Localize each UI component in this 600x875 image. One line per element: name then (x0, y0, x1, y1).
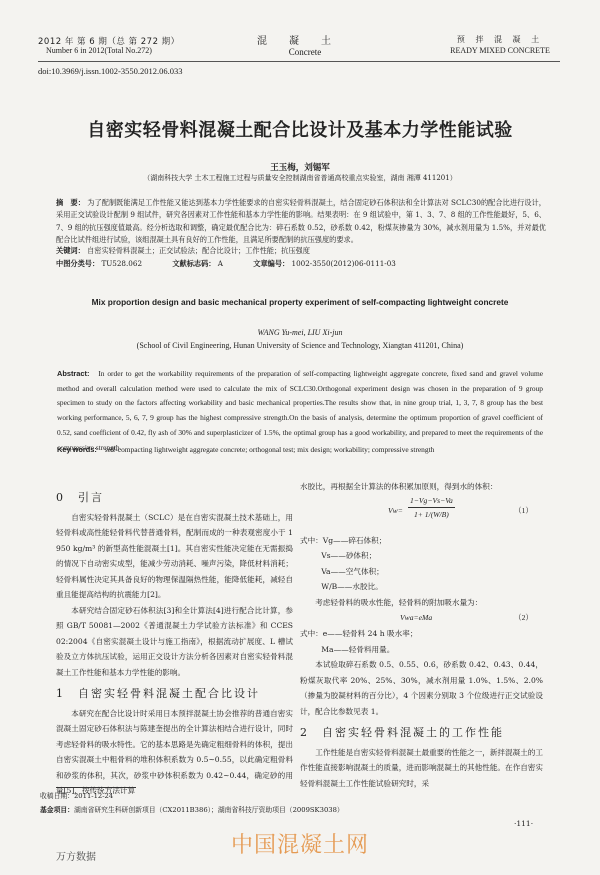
section-number: 0 (56, 490, 78, 506)
eq1-numerator: 1−Vg−Vs−Va (408, 495, 455, 508)
paragraph: 本试验取碎石系数 0.5、0.55、0.6，砂系数 0.42、0.43、0.44… (300, 657, 543, 719)
abstract-cn-label: 摘 要： (56, 198, 85, 207)
section-title: 引言 (78, 491, 104, 504)
eq1-fraction: 1−Vg−Vs−Va 1+ 1/(W/B) (408, 495, 455, 522)
article-no-group: 文章编号： 1002-3550(2012)06-0111-03 (253, 259, 396, 268)
eq1-denominator: 1+ 1/(W/B) (408, 508, 455, 522)
eq2-expr: Vwa=eMa (400, 610, 432, 626)
abstract-en: Abstract: In order to get the workabilit… (57, 367, 543, 455)
section-heading-0: 0引言 (56, 490, 293, 506)
journal-name-en: Concrete (250, 47, 360, 57)
keywords-cn-text: 自密实轻骨料混凝土；正交试验法；配合比设计；工作性能；抗压强度 (87, 246, 310, 255)
clc-value: TU528.062 (101, 259, 142, 268)
paragraph: 工作性能是自密实轻骨料混凝土最重要的性能之一，新拌混凝土的工作性能直接影响混凝土… (300, 745, 543, 792)
eq1-number: （1） (514, 503, 533, 519)
paragraph: 自密实轻骨料混凝土（SCLC）是在自密实混凝土技术基础上，用轻骨料或高性能轻骨料… (56, 510, 293, 603)
abstract-en-label: Abstract: (57, 369, 89, 378)
where-line: Va——空气体积； (300, 564, 543, 580)
journal-name-cn: 混凝土 (250, 32, 360, 47)
header-rule (38, 61, 560, 62)
section-number: 2 (300, 725, 322, 741)
section-title: 自密实轻骨料混凝土的工作性能 (322, 726, 504, 739)
paragraph: 本研究在配合比设计时采用日本预拌混凝土协会推荐的普通自密实混凝土固定砂石体积法与… (56, 706, 293, 799)
doi: doi:10.3969/j.issn.1002-3550.2012.06.033 (38, 66, 183, 76)
issue-info-en: Number 6 in 2012(Total No.272) (46, 46, 152, 55)
paragraph: 水胶比，再根据全计算法的体积累加原则，得到水的体积： (300, 479, 543, 495)
section-heading-1: 1自密实轻骨料混凝土配合比设计 (56, 686, 293, 702)
section-name-en: READY MIXED CONCRETE (440, 46, 560, 55)
equation-2: Vwa=eMa （2） (300, 610, 543, 626)
eq2-number: （2） (514, 610, 533, 626)
doc-code-group: 文献标志码： A (172, 259, 223, 268)
keywords-en: Key words: self-compacting lightweight a… (57, 445, 543, 454)
footnote-rule (56, 787, 136, 788)
paragraph: 考虑轻骨料的吸水性能，轻骨料的附加吸水量为： (300, 595, 543, 611)
fund-info: 基金项目：湖南省研究生科研创新项目（CX2011B386）；湖南省科技厅资助项目… (40, 804, 344, 814)
left-column: 0引言 自密实轻骨料混凝土（SCLC）是在自密实混凝土技术基础上，用轻骨料或高性… (56, 484, 293, 799)
where-line: W/B——水胶比。 (300, 579, 543, 595)
abstract-en-text: In order to get the workability requirem… (57, 369, 543, 452)
authors-cn: 王玉梅，刘锡军 (0, 161, 600, 173)
affiliation-cn: （湖南科技大学 土木工程施工过程与质量安全控制湖南省普通高校重点实验室，湖南 湘… (0, 173, 600, 183)
paragraph: 本研究结合固定砂石体积法[3]和全计算法[4]进行配合比计算，参照 GB/T 5… (56, 603, 293, 681)
keywords-en-label: Key words: (57, 445, 97, 454)
paper-title-en: Mix proportion design and basic mechanic… (0, 297, 600, 307)
abstract-cn-text: 为了配制既能满足工作性能又能达到基本力学性能要求的自密实轻骨料混凝土，结合固定砂… (56, 198, 546, 244)
section-title: 自密实轻骨料混凝土配合比设计 (78, 687, 260, 700)
where-line: 式中：e——轻骨料 24 h 吸水率； (300, 626, 543, 642)
source-label: 万方数据 (56, 848, 96, 863)
equation-1: Vw= 1−Vg−Vs−Va 1+ 1/(W/B) （1） (300, 495, 543, 533)
keywords-cn: 关键词： 自密实轻骨料混凝土；正交试验法；配合比设计；工作性能；抗压强度 (56, 246, 546, 256)
fund-label: 基金项目： (40, 806, 74, 814)
abstract-cn: 摘 要： 为了配制既能满足工作性能又能达到基本力学性能要求的自密实轻骨料混凝土，… (56, 197, 546, 246)
right-column: 水胶比，再根据全计算法的体积累加原则，得到水的体积： Vw= 1−Vg−Vs−V… (300, 479, 543, 791)
where-line: 式中：Vg——碎石体积； (300, 533, 543, 549)
eq1-lhs: Vw= (388, 503, 403, 519)
keywords-cn-label: 关键词： (56, 246, 85, 255)
affiliation-en: (School of Civil Engineering, Hunan Univ… (0, 341, 600, 350)
article-no-label: 文章编号： (253, 259, 289, 268)
doc-code-value: A (218, 259, 223, 268)
article-no-value: 1002-3550(2012)06-0111-03 (292, 259, 396, 268)
page-number: ·111· (514, 819, 533, 828)
clc-group: 中图分类号： TU528.062 (56, 259, 142, 268)
section-number: 1 (56, 686, 78, 702)
authors-en: WANG Yu-mei, LIU Xi-jun (0, 328, 600, 337)
where-line: Vs——砂体积； (300, 548, 543, 564)
classification-line: 中图分类号： TU528.062 文献标志码： A 文章编号： 1002-355… (56, 259, 546, 269)
section-heading-2: 2自密实轻骨料混凝土的工作性能 (300, 725, 543, 741)
paper-title-cn: 自密实轻骨料混凝土配合比设计及基本力学性能试验 (0, 116, 600, 142)
section-name-cn: 预 拌 混 凝 土 (440, 34, 560, 45)
fund-text: 湖南省研究生科研创新项目（CX2011B386）；湖南省科技厅资助项目（2009… (74, 806, 344, 814)
where-line: Ma——轻骨料用量。 (300, 642, 543, 658)
clc-label: 中图分类号： (56, 259, 99, 268)
keywords-en-text: self-compacting lightweight aggregate co… (105, 445, 435, 454)
received-date: 收稿日期：2011-12-24 (40, 790, 113, 800)
doc-code-label: 文献标志码： (172, 259, 215, 268)
